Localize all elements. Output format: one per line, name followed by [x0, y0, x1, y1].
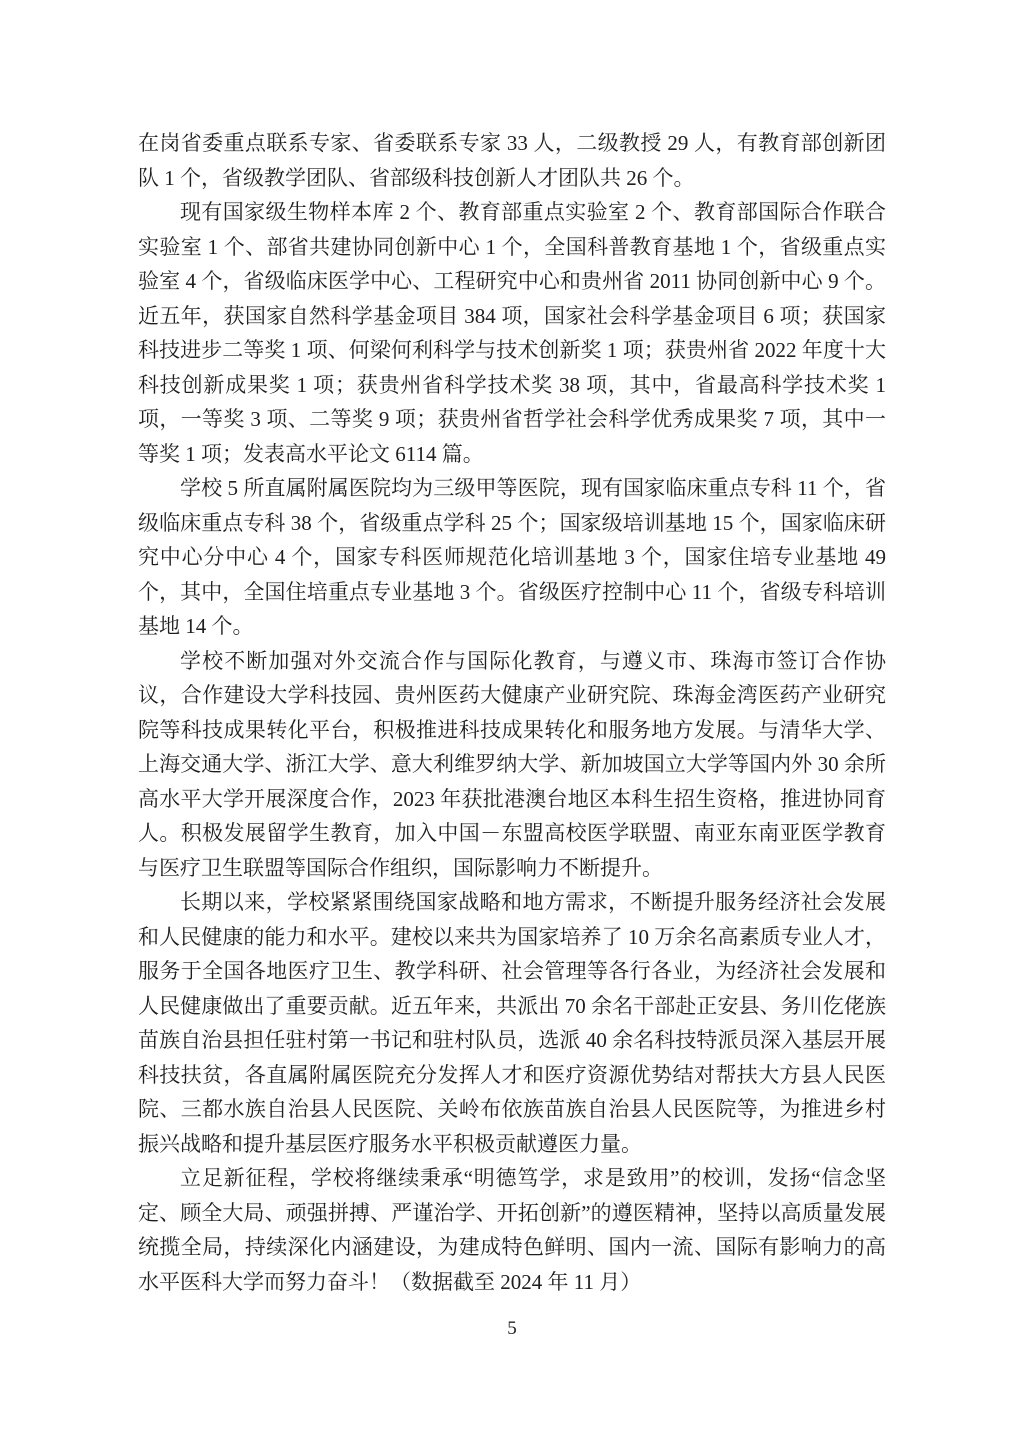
paragraph: 在岗省委重点联系专家、省委联系专家 33 人，二级教授 29 人，有教育部创新团… [138, 126, 886, 195]
document-body: 在岗省委重点联系专家、省委联系专家 33 人，二级教授 29 人，有教育部创新团… [138, 126, 886, 1299]
paragraph: 现有国家级生物样本库 2 个、教育部重点实验室 2 个、教育部国际合作联合实验室… [138, 195, 886, 471]
document-page: 在岗省委重点联系专家、省委联系专家 33 人，二级教授 29 人，有教育部创新团… [0, 0, 1024, 1448]
page-number: 5 [0, 1318, 1024, 1340]
paragraph: 立足新征程，学校将继续秉承“明德笃学，求是致用”的校训，发扬“信念坚定、顾全大局… [138, 1161, 886, 1299]
paragraph: 学校 5 所直属附属医院均为三级甲等医院，现有国家临床重点专科 11 个，省级临… [138, 471, 886, 644]
paragraph: 学校不断加强对外交流合作与国际化教育，与遵义市、珠海市签订合作协议，合作建设大学… [138, 644, 886, 886]
paragraph: 长期以来，学校紧紧围绕国家战略和地方需求，不断提升服务经济社会发展和人民健康的能… [138, 885, 886, 1161]
